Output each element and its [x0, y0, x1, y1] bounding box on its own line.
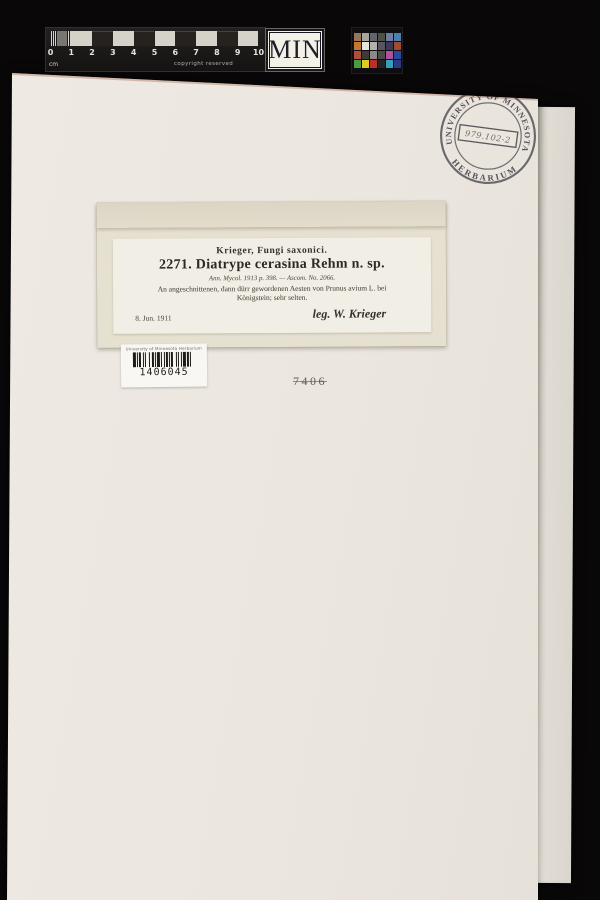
scale-block	[238, 31, 259, 46]
min-herbarium-box: MIN	[266, 29, 324, 71]
label-date: 8. Jun. 1911	[135, 313, 171, 322]
herbarium-scan: UNIVERSITY OF MINNESOTA HERBARIUM 979.10…	[0, 0, 600, 900]
scale-number: 0	[48, 48, 54, 57]
sheet-layer: UNIVERSITY OF MINNESOTA HERBARIUM 979.10…	[0, 0, 600, 900]
color-patch	[354, 60, 361, 68]
color-patch	[362, 42, 369, 50]
color-patch	[378, 42, 385, 50]
label-species-title: 2271. Diatrype cerasina Rehm n. sp.	[113, 256, 431, 274]
color-calibration-target	[351, 27, 403, 74]
scale-bar: 012345678910 cm copyright reserved	[45, 27, 266, 72]
label-habitat-line1: An angeschnittenen, dann dürr gewordenen…	[113, 283, 431, 294]
min-box-inner-border: MIN	[269, 32, 321, 68]
color-patch	[386, 51, 393, 59]
scale-number: 1	[69, 48, 75, 57]
min-label: MIN	[268, 37, 322, 63]
label-citation: Ann. Mycol. 1913 p. 398. — Ascom. No. 20…	[113, 274, 431, 283]
label-habitat-line2: Königstein; sehr selten.	[113, 292, 431, 303]
scale-block	[155, 31, 176, 46]
scale-number: 2	[89, 48, 95, 57]
scale-block	[196, 31, 217, 46]
color-patch	[354, 51, 361, 59]
color-patch	[370, 33, 377, 41]
color-patch	[386, 42, 393, 50]
color-patch	[362, 33, 369, 41]
herbarium-stamp: UNIVERSITY OF MINNESOTA HERBARIUM 979.10…	[437, 85, 539, 187]
label-collector: leg. W. Krieger	[313, 306, 387, 321]
scale-number: 7	[193, 48, 199, 57]
barcode-institution: University of Minnesota Herbarium	[121, 346, 207, 352]
label-series: Krieger, Fungi saxonici.	[113, 245, 431, 257]
scale-blocks	[46, 31, 265, 46]
color-patch	[362, 60, 369, 68]
color-patch	[370, 42, 377, 50]
scale-number: 8	[214, 48, 220, 57]
scale-number: 6	[173, 48, 179, 57]
color-patch	[386, 60, 393, 68]
color-patch	[370, 51, 377, 59]
second-sheet-edge	[534, 107, 575, 883]
scale-number: 10	[253, 48, 264, 57]
scale-numbers: 012345678910	[46, 48, 265, 60]
scale-block	[175, 31, 196, 46]
color-patch	[378, 51, 385, 59]
barcode	[130, 352, 198, 368]
scale-unit: cm	[49, 61, 58, 68]
scale-block	[71, 31, 92, 46]
color-patch	[378, 33, 385, 41]
specimen-label: Krieger, Fungi saxonici. 2271. Diatrype …	[113, 237, 431, 334]
specimen-packet: Krieger, Fungi saxonici. 2271. Diatrype …	[97, 201, 447, 348]
color-patch	[394, 60, 401, 68]
scale-block	[113, 31, 134, 46]
color-patch	[394, 42, 401, 50]
color-patch	[394, 51, 401, 59]
accession-number: 7406	[280, 374, 340, 389]
scale-number: 5	[152, 48, 158, 57]
label-habitat: An angeschnittenen, dann dürr gewordenen…	[113, 283, 431, 303]
herbarium-sheet: UNIVERSITY OF MINNESOTA HERBARIUM 979.10…	[0, 0, 600, 900]
color-patch	[354, 42, 361, 50]
scale-block	[134, 31, 155, 46]
color-patch-grid	[354, 33, 401, 68]
color-patch	[370, 60, 377, 68]
color-patch	[362, 51, 369, 59]
scale-block	[92, 31, 113, 46]
scale-number: 4	[131, 48, 137, 57]
scale-number: 3	[110, 48, 116, 57]
scale-block	[217, 31, 238, 46]
packet-fold	[97, 201, 446, 228]
color-patch	[354, 33, 361, 41]
barcode-number: 1406045	[121, 367, 207, 379]
color-patch	[386, 33, 393, 41]
scale-block	[51, 31, 72, 46]
copyright-text: copyright reserved	[174, 61, 233, 67]
barcode-label: University of Minnesota Herbarium 140604…	[121, 344, 207, 388]
scale-number: 9	[235, 48, 241, 57]
color-patch	[394, 33, 401, 41]
color-patch	[378, 60, 385, 68]
